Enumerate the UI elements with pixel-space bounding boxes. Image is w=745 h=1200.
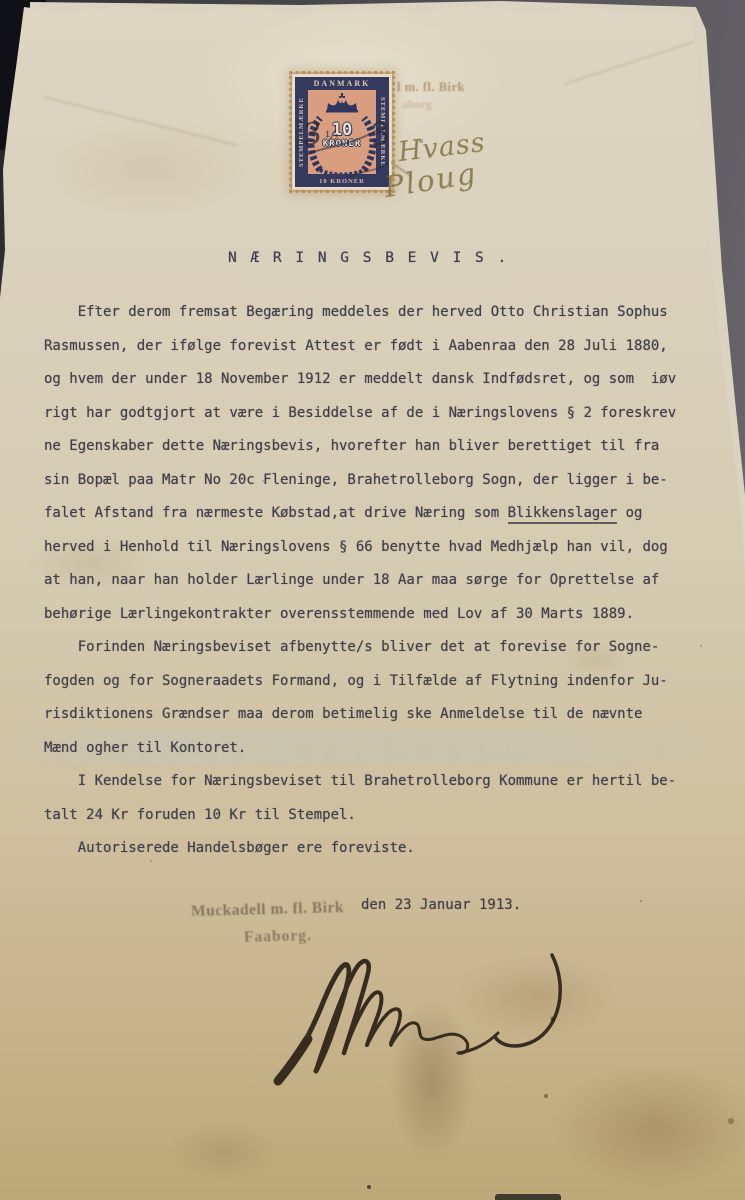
revenue-stamp: DANMARK STEMPELMÆRKE STEMPELMÆRKE 10 KRO… bbox=[292, 74, 392, 190]
body-text: falet Afstand fra nærmeste Købstad,at dr… bbox=[44, 505, 508, 521]
body-line: at han, naar han holder Lærlinge under 1… bbox=[44, 564, 714, 598]
paper-crease bbox=[43, 96, 238, 146]
date-line: den 23 Januar 1913. bbox=[361, 897, 521, 913]
body-line: behørige Lærlingekontrakter overensstemm… bbox=[44, 598, 714, 632]
signature-ink bbox=[250, 943, 580, 1093]
body-line: risdiktionens Grændser maa derom betimel… bbox=[44, 698, 714, 732]
body-line: ne Egenskaber dette Næringsbevis, hvoref… bbox=[44, 430, 714, 464]
body-text: og bbox=[617, 505, 642, 521]
body-line: Forinden Næringsbeviset afbenytte/s bliv… bbox=[44, 631, 714, 665]
body-line: sin Bopæl paa Matr No 20c Fleninge, Brah… bbox=[44, 464, 714, 498]
body-line: talt 24 Kr foruden 10 Kr til Stempel. bbox=[44, 799, 714, 833]
document-body: Efter derom fremsat Begæring meddeles de… bbox=[44, 296, 714, 866]
body-line: og hvem der under 18 November 1912 er me… bbox=[44, 363, 714, 397]
stamp-cancellation-stroke bbox=[295, 77, 395, 193]
office-stamp-fragment: aborg bbox=[402, 97, 432, 112]
body-line: I Kendelse for Næringsbeviset til Brahet… bbox=[44, 765, 714, 799]
body-line: herved i Henhold til Næringslovens § 66 … bbox=[44, 531, 714, 565]
paper-crease bbox=[563, 37, 706, 85]
body-line: Mænd ogher til Kontoret. bbox=[44, 732, 714, 766]
body-line: Autoriserede Handelsbøger ere foreviste. bbox=[44, 832, 714, 866]
photo-of-document: { "colors": { "desk": "#4a494f", "paper"… bbox=[0, 0, 745, 1200]
office-stamp-line1: Muckadell m. fl. Birk bbox=[191, 899, 344, 921]
body-line: rigt har godtgjort at være i Besiddelse … bbox=[44, 397, 714, 431]
body-line: fogden og for Sogneraadets Formand, og i… bbox=[44, 665, 714, 699]
handwritten-name-2: Ploug bbox=[382, 156, 480, 204]
document-title: N Æ R I N G S B E V I S . bbox=[228, 250, 509, 266]
body-line: Rasmussen, der ifølge forevist Attest er… bbox=[44, 330, 714, 364]
desk-gap-bottom-edge bbox=[495, 1194, 561, 1200]
underlined-trade-name: Blikkenslager bbox=[508, 505, 618, 524]
body-line-with-underline: falet Afstand fra nærmeste Købstad,at dr… bbox=[44, 497, 714, 531]
body-line: Efter derom fremsat Begæring meddeles de… bbox=[44, 296, 714, 330]
office-stamp-fragment: l m. fl. Birk bbox=[397, 80, 465, 95]
stamp-frame: DANMARK STEMPELMÆRKE STEMPELMÆRKE 10 KRO… bbox=[293, 75, 391, 189]
document-paper: DANMARK STEMPELMÆRKE STEMPELMÆRKE 10 KRO… bbox=[0, 0, 745, 1200]
